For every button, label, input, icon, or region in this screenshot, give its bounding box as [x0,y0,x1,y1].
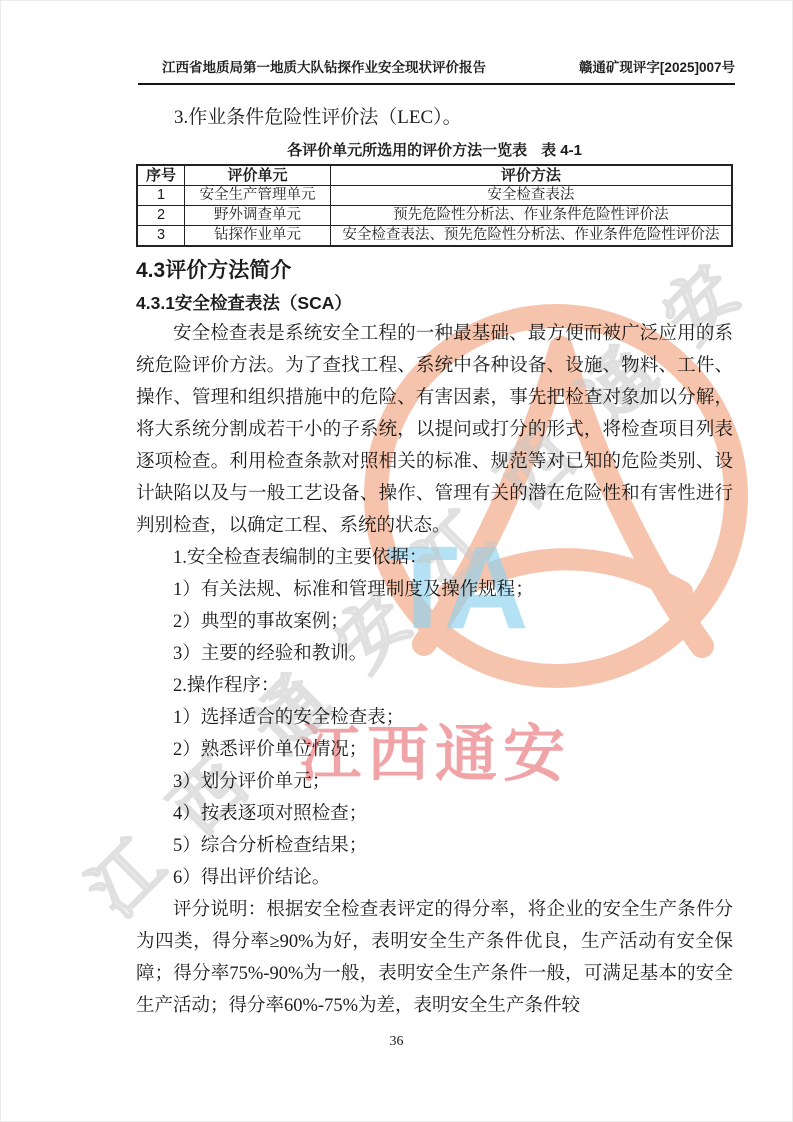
column-header: 评价方法 [330,165,732,186]
paragraph: 1）有关法规、标准和管理制度及操作规程； [136,574,733,606]
paragraph: 5）综合分析检查结果； [136,830,733,862]
paragraph: 6）得出评价结论。 [136,862,733,894]
subsection-heading: 4.3.1安全检查表法（SCA） [136,290,733,316]
page-number: 36 [390,1034,404,1049]
paragraph: 3）划分评价单元； [136,766,733,798]
paragraph: 2）熟悉评价单位情况； [136,734,733,766]
page-content: 3.作业条件危险性评价法（LEC）。 各评价单元所选用的评价方法一览表表 4-1… [136,88,733,1022]
table-cell: 安全检查表法 [330,186,732,206]
paragraph: 评分说明：根据安全检查表评定的得分率，将企业的安全生产条件分为四类，得分率≥90… [136,894,733,1022]
table-cell: 安全生产管理单元 [185,186,331,206]
table-title-text: 各评价单元所选用的评价方法一览表 [287,142,527,159]
table-title: 各评价单元所选用的评价方法一览表表 4-1 [136,141,733,161]
section-heading: 4.3评价方法简介 [136,257,733,285]
paragraph: 2.操作程序： [136,670,733,702]
paragraph: 4）按表逐项对照检查； [136,798,733,830]
table-row: 1安全生产管理单元安全检查表法 [137,186,732,206]
paragraph: 安全检查表是系统安全工程的一种最基础、最方便而被广泛应用的系统危险评价方法。为了… [136,318,733,542]
paragraph: 1.安全检查表编制的主要依据： [136,542,733,574]
header-report-title: 江西省地质局第一地质大队钻探作业安全现状评价报告 [162,56,486,76]
paragraph: 1）选择适合的安全检查表； [136,702,733,734]
column-header: 序号 [137,165,185,186]
methods-table-body: 1安全生产管理单元安全检查表法2野外调查单元预先危险性分析法、作业条件危险性评价… [137,186,732,247]
table-row: 3钻探作业单元安全检查表法、预先危险性分析法、作业条件危险性评价法 [137,226,732,247]
table-cell: 1 [137,186,185,206]
table-cell: 2 [137,206,185,226]
table-number-tag: 表 4-1 [541,142,582,159]
table-cell: 钻探作业单元 [185,226,331,247]
methods-table-head-row: 序号评价单元评价方法 [137,165,732,186]
table-cell: 预先危险性分析法、作业条件危险性评价法 [330,206,732,226]
table-row: 2野外调查单元预先危险性分析法、作业条件危险性评价法 [137,206,732,226]
header-document-number: 赣通矿现评字[2025]007号 [579,56,735,76]
lec-method-line: 3.作业条件危险性评价法（LEC）。 [136,104,733,132]
table-cell: 野外调查单元 [185,206,331,226]
table-cell: 安全检查表法、预先危险性分析法、作业条件危险性评价法 [330,226,732,247]
paragraph: 2）典型的事故案例； [136,606,733,638]
table-cell: 3 [137,226,185,247]
page-header: 江西省地质局第一地质大队钻探作业安全现状评价报告 赣通矿现评字[2025]007… [138,56,735,85]
methods-table: 序号评价单元评价方法 1安全生产管理单元安全检查表法2野外调查单元预先危险性分析… [136,164,733,247]
document-page: 江西省地质局第一地质大队钻探作业安全现状评价报告 赣通矿现评字[2025]007… [0,0,793,1122]
paragraph: 3）主要的经验和教训。 [136,638,733,670]
column-header: 评价单元 [185,165,331,186]
body-paragraphs: 安全检查表是系统安全工程的一种最基础、最方便而被广泛应用的系统危险评价方法。为了… [136,318,733,1022]
page-footer: 36 [0,1034,793,1050]
